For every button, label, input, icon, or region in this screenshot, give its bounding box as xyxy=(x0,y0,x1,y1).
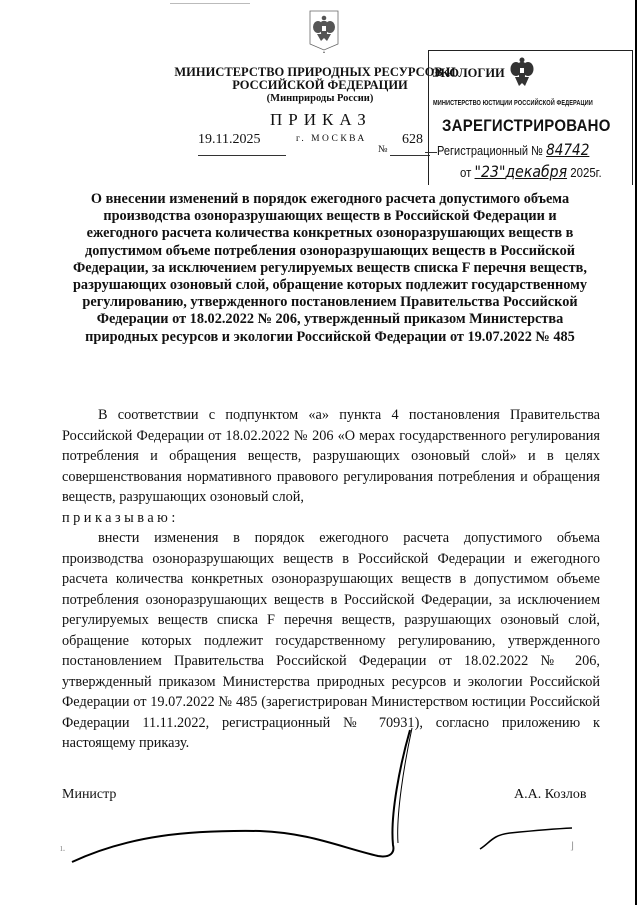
handwritten-signature-icon: ı. ⌋ xyxy=(60,725,580,865)
date-day: "23" xyxy=(475,162,506,181)
scan-top-line xyxy=(170,3,250,4)
number-underline xyxy=(390,155,430,156)
stamp-organization: МИНИСТЕРСТВО ЮСТИЦИИ РОССИЙСКОЙ ФЕДЕРАЦИ… xyxy=(433,98,593,107)
stamp-registration-date: от "23"декабря 2025г. xyxy=(460,162,602,181)
stamp-eagle-icon xyxy=(508,56,536,88)
document-title: О внесении изменений в порядок ежегодног… xyxy=(70,191,590,346)
date-prefix: от xyxy=(460,165,471,180)
stamp-registration-number: Регистрационный № 84742 xyxy=(437,140,589,159)
reg-number-label: Регистрационный № xyxy=(437,143,543,158)
number-label: № xyxy=(378,144,388,155)
stamp-connector-line xyxy=(425,152,437,153)
order-word: приказываю: xyxy=(62,508,600,529)
date-year: 2025 xyxy=(570,165,595,180)
stamp-status: ЗАРЕГИСТРИРОВАНО xyxy=(442,116,611,136)
ministry-name-ecology: ЭКОЛОГИИ xyxy=(432,66,505,81)
date-underline xyxy=(198,155,286,156)
order-city: г. МОСКВА xyxy=(296,134,367,144)
svg-text:ı.: ı. xyxy=(60,843,65,854)
preamble-text: В соответствии с подпунктом «а» пункта 4… xyxy=(62,405,600,508)
order-date: 19.11.2025 xyxy=(198,132,260,148)
document-type: ПРИКАЗ xyxy=(270,110,372,130)
date-month: декабря xyxy=(505,162,567,181)
preamble-paragraph: В соответствии с подпунктом «а» пункта 4… xyxy=(62,405,600,528)
reg-number-handwritten: 84742 xyxy=(546,140,589,159)
coat-of-arms-icon xyxy=(309,10,339,54)
order-number: 628 xyxy=(402,132,423,148)
order-paragraph: внести изменения в порядок ежегодного ра… xyxy=(62,528,600,754)
svg-text:⌋: ⌋ xyxy=(570,841,574,852)
date-suffix: г. xyxy=(596,165,602,180)
scan-edge-line xyxy=(635,0,637,905)
